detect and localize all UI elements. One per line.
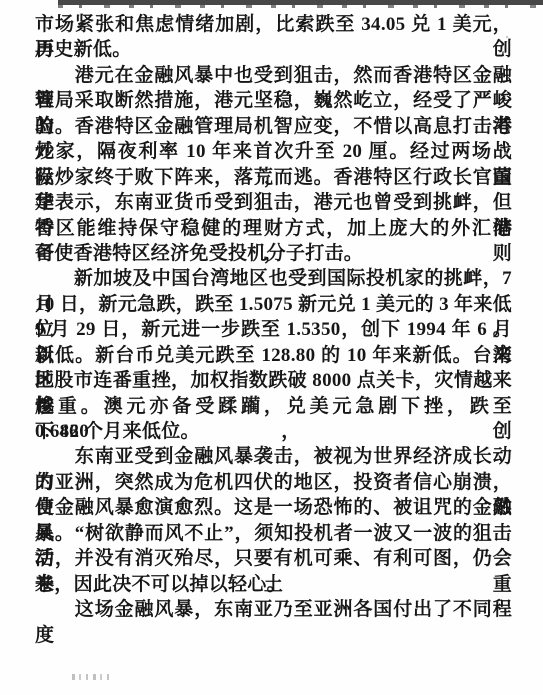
text-line: 际炒家终于败下阵来，落荒而逃。香港特区行政长官董建 xyxy=(35,165,512,190)
text-line: 炒家，隔夜利率 10 年来首次升至 20 厘。经过两场战役，国 xyxy=(35,139,512,164)
text-line: 10 日，新元急跌，跌至 1.5075 新元兑 1 美元的 3 年来低位。 xyxy=(35,292,512,317)
text-line: 市场紧张和焦虑情绪加剧，比索跌至 34.05 兑 1 美元，再创 xyxy=(35,12,512,37)
text-line: 华表示，东南亚货币受到狙击，港元也曾受到挑衅，但香港 xyxy=(35,190,512,215)
scanned-page: 市场紧张和焦虑情绪加剧，比索跌至 34.05 兑 1 美元，再创 历史新低。 港… xyxy=(0,0,543,695)
text-line: 动，并没有消灭殆尽，只要有机可乘、有利可图，仍会卷土重 xyxy=(35,546,512,571)
text-line: 9 月 29 日，新元进一步跌至 1.5350，创下 1994 年 6 月以来 xyxy=(35,317,512,342)
ink-speck xyxy=(504,152,507,155)
text-line: 港元在金融风暴中也受到狙击，然而香港特区金融管 xyxy=(35,63,512,88)
page-text: 市场紧张和焦虑情绪加剧，比索跌至 34.05 兑 1 美元，再创 历史新低。 港… xyxy=(35,12,512,623)
bottom-smudge-artifact xyxy=(72,674,112,680)
text-line: 特区能维持保守稳健的理财方式，加上庞大的外汇储备，则 xyxy=(35,216,512,241)
text-line: 这场金融风暴，东南亚乃至亚洲各国付出了不同程度 xyxy=(35,597,512,622)
text-line: 理局采取断然措施，港元坚稳，巍然屹立，经受了严峻的考 xyxy=(35,88,512,113)
text-line: 使金融风暴愈演愈烈。这是一场恐怖的、被诅咒的金融风 xyxy=(35,495,512,520)
text-line: 惨重。澳元亦备受蹂躏，兑美元急剧下挫，跌至 0.6820，创 xyxy=(35,394,512,419)
text-line: 东南亚受到金融风暴袭击，被视为世界经济成长动力 xyxy=(35,444,512,469)
text-line: 验。香港特区金融管理局机智应变，不惜以高息打击港元 xyxy=(35,114,512,139)
text-line: 暴。“树欲静而风不止”，须知投机者一波又一波的狙击活 xyxy=(35,521,512,546)
text-line: 新加坡及中国台湾地区也受到国际投机家的挑衅，7 月 xyxy=(35,266,512,291)
text-line: 区股市连番重挫，加权指数跌破 8000 点关卡，灾情越来越 xyxy=(35,368,512,393)
text-line: 的亚洲，突然成为危机四伏的地区，投资者信心崩溃，自然 xyxy=(35,470,512,495)
ink-speck xyxy=(506,36,508,38)
text-line: 新低。新台币兑美元跌至 128.80 的 10 年来新低。台湾地 xyxy=(35,343,512,368)
top-edge-scan-artifact-ticks xyxy=(58,5,543,8)
